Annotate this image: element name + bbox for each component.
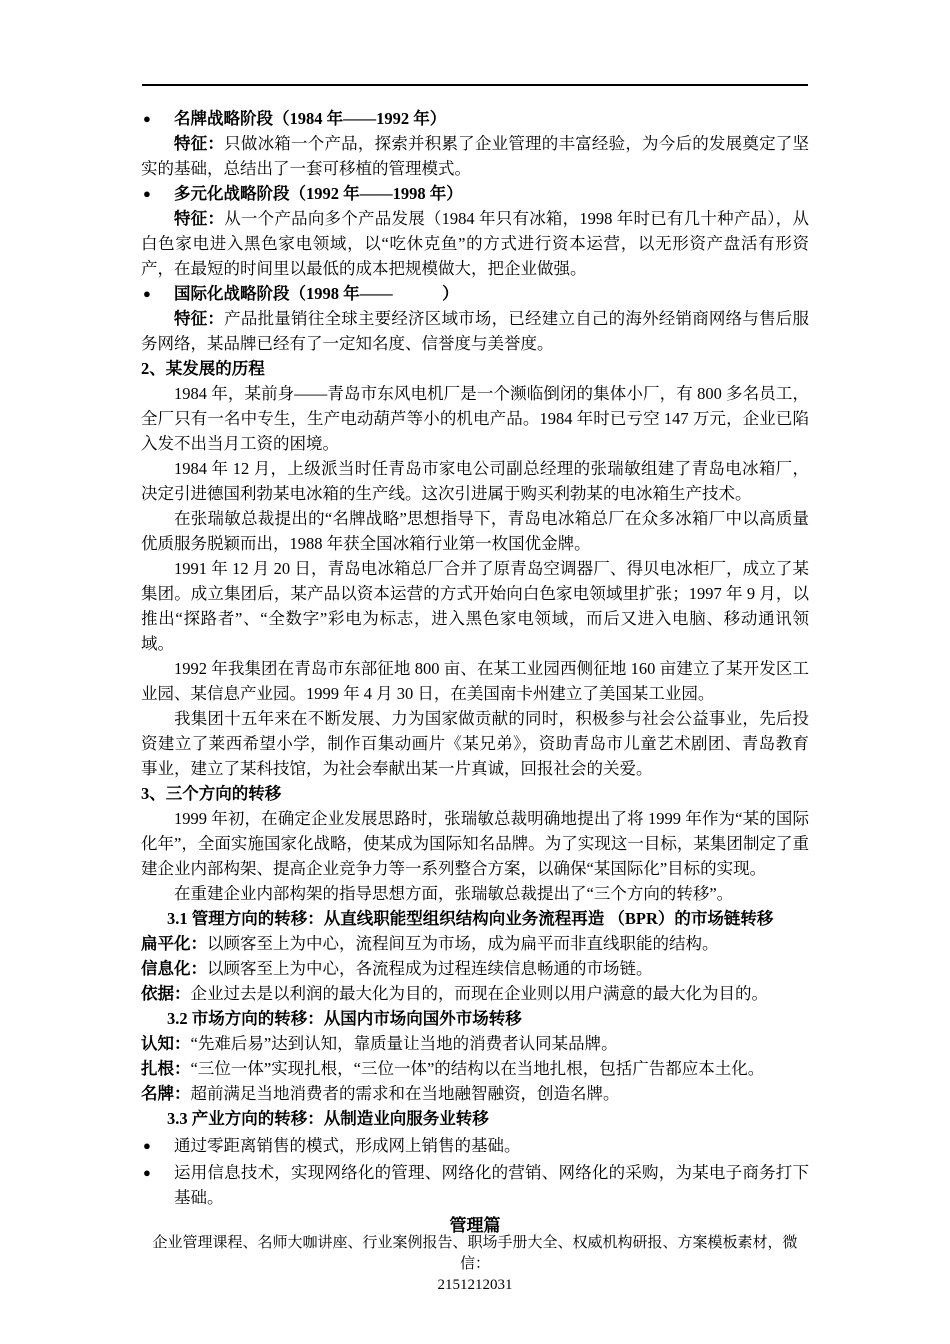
text-run: 3.2 市场方向的转移：从国内市场向国外市场转移	[167, 1009, 522, 1028]
text-run: 1991 年 12 月 20 日，青岛电冰箱总厂合并了原青岛空调器厂、得贝电冰柜…	[141, 559, 809, 653]
document-page: ●名牌战略阶段（1984 年——1992 年）特征：只做冰箱一个产品，探索并积累…	[0, 0, 950, 1344]
text-run: 从一个产品向多个产品发展（1984 年只有冰箱，1998 年时已有几十种产品），…	[141, 209, 809, 278]
text-run: 1992 年我集团在青岛市东部征地 800 亩、在某工业园西侧征地 160 亩建…	[141, 659, 809, 703]
bullet-icon: ●	[143, 181, 151, 206]
bullet-heading-item: ●多元化战略阶段（1992 年——1998 年）	[141, 181, 809, 206]
section-heading: 2、某发展的历程	[141, 356, 809, 381]
labeled-paragraph: 信息化：以顾客至上为中心，各流程成为过程连续信息畅通的市场链。	[141, 956, 809, 981]
text-run: 1984 年 12 月，上级派当时任青岛市家电公司副总经理的张瑞敏组建了青岛电冰…	[141, 459, 809, 503]
text-run: 1984 年，某前身——青岛市东风电机厂是一个濒临倒闭的集体小厂，有 800 多…	[141, 384, 809, 453]
paragraph: 1991 年 12 月 20 日，青岛电冰箱总厂合并了原青岛空调器厂、得贝电冰柜…	[141, 556, 809, 656]
text-run: 以顾客至上为中心，流程间互为市场，成为扁平而非直线职能的结构。	[207, 934, 719, 953]
text-run: 我集团十五年来在不断发展、力为国家做贡献的同时，积极参与社会公益事业，先后投资建…	[141, 709, 809, 778]
section-heading: 3、三个方向的转移	[141, 781, 809, 806]
labeled-paragraph: 认知：“先难后易”达到认知，靠质量让当地的消费者认同某品牌。	[141, 1031, 809, 1056]
bullet-heading-item: ●国际化战略阶段（1998 年—— ）	[141, 281, 809, 306]
text-run: 3.3 产业方向的转移：从制造业向服务业转移	[167, 1109, 489, 1128]
bold-label: 扁平化：	[141, 934, 207, 953]
sub-section-heading: 3.3 产业方向的转移：从制造业向服务业转移	[141, 1106, 809, 1131]
bold-label: 特征：	[174, 209, 224, 228]
bullet-icon: ●	[143, 1160, 151, 1185]
labeled-paragraph: 依据：企业过去是以利润的最大化为目的，而现在企业则以用户满意的最大化为目的。	[141, 981, 809, 1006]
bold-label: 依据：	[141, 984, 191, 1003]
bold-label: 扎根：	[141, 1059, 191, 1078]
bullet-icon: ●	[143, 1133, 151, 1158]
paragraph: 1984 年 12 月，上级派当时任青岛市家电公司副总经理的张瑞敏组建了青岛电冰…	[141, 456, 809, 506]
paragraph: 特征：只做冰箱一个产品，探索并积累了企业管理的丰富经验，为今后的发展奠定了坚实的…	[141, 131, 809, 181]
bullet-icon: ●	[143, 281, 151, 306]
labeled-paragraph: 扁平化：以顾客至上为中心，流程间互为市场，成为扁平而非直线职能的结构。	[141, 931, 809, 956]
document-content: ●名牌战略阶段（1984 年——1992 年）特征：只做冰箱一个产品，探索并积累…	[141, 106, 809, 1238]
paragraph: 特征：从一个产品向多个产品发展（1984 年只有冰箱，1998 年时已有几十种产…	[141, 206, 809, 281]
footer: 企业管理课程、名师大咖讲座、行业案例报告、职场手册大全、权威机构研报、方案模板素…	[141, 1233, 809, 1296]
header-rule	[142, 84, 808, 86]
text-run: 超前满足当地消费者的需求和在当地融智融资，创造名牌。	[191, 1084, 620, 1103]
text-run: 2、某发展的历程	[141, 359, 265, 378]
sub-section-heading: 3.2 市场方向的转移：从国内市场向国外市场转移	[141, 1006, 809, 1031]
paragraph: 1992 年我集团在青岛市东部征地 800 亩、在某工业园西侧征地 160 亩建…	[141, 656, 809, 706]
text-run: 1999 年初，在确定企业发展思路时，张瑞敏总裁明确地提出了将 1999 年作为…	[141, 809, 809, 878]
bullet-list-item: ●运用信息技术，实现网络化的管理、网络化的营销、网络化的采购，为某电子商务打下基…	[141, 1160, 809, 1210]
labeled-paragraph: 扎根：“三位一体”实现扎根，“三位一体”的结构以在当地扎根，包括广告都应本土化。	[141, 1056, 809, 1081]
text-run: 3、三个方向的转移	[141, 784, 281, 803]
paragraph: 特征：产品批量销往全球主要经济区域市场，已经建立自己的海外经销商网络与售后服务网…	[141, 306, 809, 356]
bullet-list-item: ●通过零距离销售的模式，形成网上销售的基础。	[141, 1133, 809, 1158]
text-run: 在重建企业内部构架的指导思想方面，张瑞敏总裁提出了“三个方向的转移”。	[174, 884, 733, 903]
text-run: 通过零距离销售的模式，形成网上销售的基础。	[174, 1136, 521, 1155]
sub-section-heading: 3.1 管理方向的转移：从直线职能型组织结构向业务流程再造 （BPR）的市场链转…	[141, 906, 809, 931]
text-run: 只做冰箱一个产品，探索并积累了企业管理的丰富经验，为今后的发展奠定了坚实的基础，…	[141, 134, 809, 178]
labeled-paragraph: 名牌：超前满足当地消费者的需求和在当地融智融资，创造名牌。	[141, 1081, 809, 1106]
text-run: 企业过去是以利润的最大化为目的，而现在企业则以用户满意的最大化为目的。	[191, 984, 769, 1003]
text-run: 在张瑞敏总裁提出的“名牌战略”思想指导下，青岛电冰箱总厂在众多冰箱厂中以高质量优…	[141, 509, 809, 553]
bold-label: 特征：	[174, 309, 224, 328]
bold-label: 认知：	[141, 1034, 191, 1053]
text-run: 以顾客至上为中心，各流程成为过程连续信息畅通的市场链。	[207, 959, 653, 978]
footer-promo-text: 企业管理课程、名师大咖讲座、行业案例报告、职场手册大全、权威机构研报、方案模板素…	[141, 1233, 809, 1275]
text-run: 产品批量销往全球主要经济区域市场，已经建立自己的海外经销商网络与售后服务网络，某…	[141, 309, 809, 353]
paragraph: 在重建企业内部构架的指导思想方面，张瑞敏总裁提出了“三个方向的转移”。	[141, 881, 809, 906]
text-run: 名牌战略阶段（1984 年——1992 年）	[174, 109, 446, 128]
text-run: “先难后易”达到认知，靠质量让当地的消费者认同某品牌。	[191, 1034, 618, 1053]
bold-label: 信息化：	[141, 959, 207, 978]
text-run: “三位一体”实现扎根，“三位一体”的结构以在当地扎根，包括广告都应本土化。	[191, 1059, 765, 1078]
paragraph: 1984 年，某前身——青岛市东风电机厂是一个濒临倒闭的集体小厂，有 800 多…	[141, 381, 809, 456]
text-run: 多元化战略阶段（1992 年——1998 年）	[174, 184, 463, 203]
footer-wechat-number: 2151212031	[141, 1275, 809, 1296]
paragraph: 我集团十五年来在不断发展、力为国家做贡献的同时，积极参与社会公益事业，先后投资建…	[141, 706, 809, 781]
bold-label: 特征：	[174, 134, 224, 153]
bullet-icon: ●	[143, 106, 151, 131]
text-run: 国际化战略阶段（1998 年—— ）	[174, 284, 459, 303]
text-run: 3.1 管理方向的转移：从直线职能型组织结构向业务流程再造 （BPR）的市场链转…	[167, 909, 773, 928]
paragraph: 1999 年初，在确定企业发展思路时，张瑞敏总裁明确地提出了将 1999 年作为…	[141, 806, 809, 881]
paragraph: 在张瑞敏总裁提出的“名牌战略”思想指导下，青岛电冰箱总厂在众多冰箱厂中以高质量优…	[141, 506, 809, 556]
bold-label: 名牌：	[141, 1084, 191, 1103]
bullet-heading-item: ●名牌战略阶段（1984 年——1992 年）	[141, 106, 809, 131]
text-run: 运用信息技术，实现网络化的管理、网络化的营销、网络化的采购，为某电子商务打下基础…	[174, 1163, 809, 1207]
